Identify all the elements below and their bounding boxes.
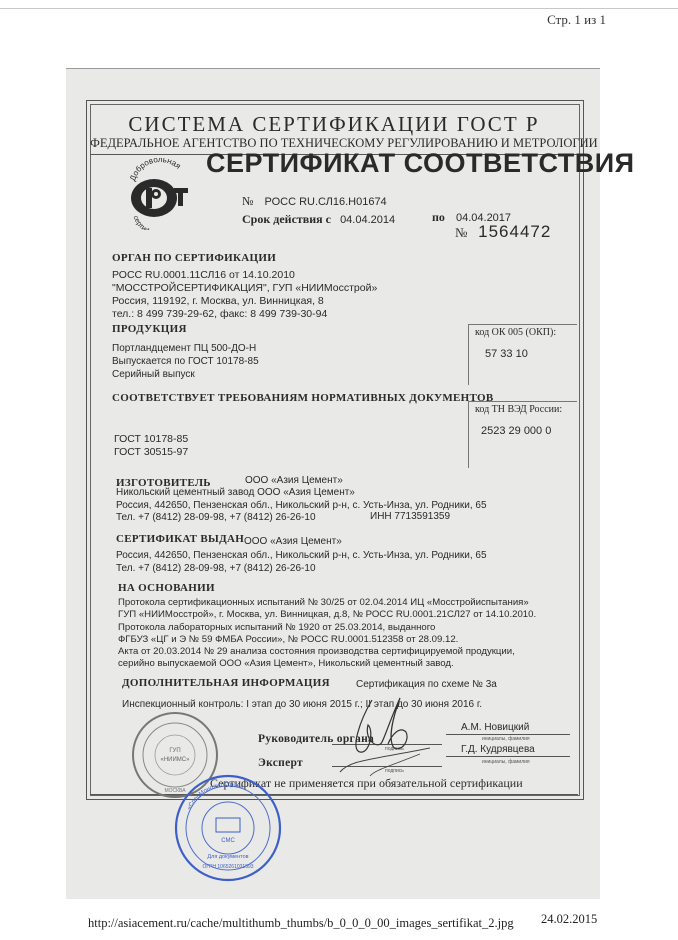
manufacturer-name: ООО «Азия Цемент»	[245, 474, 343, 487]
head-name-line	[446, 734, 570, 735]
cb-line: тел.: 8 499 739-29-62, факс: 8 499 739-3…	[112, 308, 377, 321]
certificate-number: РОСС RU.СЛ16.Н01674	[265, 196, 387, 208]
page-number: Стр. 1 из 1	[547, 12, 606, 28]
additional-info-heading: ДОПОЛНИТЕЛЬНАЯ ИНФОРМАЦИЯ	[122, 677, 330, 689]
basis-line: Протокола сертификационных испытаний № 3…	[118, 597, 536, 609]
validity-label: Срок действия с	[242, 212, 331, 226]
basis-line: Протокола лабораторных испытаний № 1920 …	[118, 622, 536, 634]
basis-line: ФГБУЗ «ЦГ и Э № 59 ФМБА России», № РОСС …	[118, 634, 536, 646]
certification-body-details: РОСС RU.0001.11СЛ16 от 14.10.2010 "МОССТ…	[112, 269, 377, 321]
issued-to-line: Россия, 442650, Пензенская обл., Никольс…	[116, 550, 487, 563]
svg-text:СМС: СМС	[221, 838, 235, 844]
product-line: Выпускается по ГОСТ 10178-85	[112, 355, 259, 368]
basis-heading: НА ОСНОВАНИИ	[118, 582, 215, 594]
standard-item: ГОСТ 10178-85	[114, 433, 188, 446]
cb-line: РОСС RU.0001.11СЛ16 от 14.10.2010	[112, 269, 377, 282]
basis-line: Акта от 20.03.2014 № 29 анализа состояни…	[118, 646, 536, 658]
tnved-label: код ТН ВЭД России:	[469, 402, 577, 415]
print-header-rule	[0, 8, 678, 9]
svg-text:сертификация: сертификация	[131, 215, 172, 230]
number-sign: №	[242, 194, 253, 208]
system-title: СИСТЕМА СЕРТИФИКАЦИИ ГОСТ Р	[90, 112, 578, 137]
manufacturer-line: Никольский цементный завод ООО «Азия Цем…	[116, 487, 487, 500]
head-name-caption: инициалы, фамилия	[482, 736, 530, 742]
expert-label: Эксперт	[258, 757, 303, 769]
certificate-number-row: № РОСС RU.СЛ16.Н01674	[242, 194, 387, 209]
validity-row: Срок действия с 04.04.2014	[242, 212, 395, 227]
source-url: http://asiacement.ru/cache/multithumb_th…	[88, 916, 514, 931]
tnved-code-box: код ТН ВЭД России: 2523 29 000 0	[468, 401, 577, 468]
svg-text:Добровольная: Добровольная	[128, 158, 182, 182]
svg-text:ОГРН 1065261031593: ОГРН 1065261031593	[202, 864, 253, 870]
issued-to-line: Тел. +7 (8412) 28-09-98, +7 (8412) 26-26…	[116, 563, 487, 576]
svg-text:Для документов: Для документов	[207, 854, 248, 860]
handwritten-signature-icon	[330, 690, 440, 780]
blue-round-stamp-icon: «СпецМонолитСтрой» СМС Для документов ОГ…	[172, 772, 284, 884]
blank-number-sign: №	[455, 225, 468, 240]
conformity-heading: СООТВЕТСТВУЕТ ТРЕБОВАНИЯМ НОРМАТИВНЫХ ДО…	[112, 392, 494, 404]
certification-body-heading: ОРГАН ПО СЕРТИФИКАЦИИ	[112, 252, 276, 264]
product-line: Портландцемент ПЦ 500-ДО-Н	[112, 342, 259, 355]
head-name: А.М. Новицкий	[461, 721, 529, 734]
expert-name: Г.Д. Кудрявцева	[461, 743, 535, 756]
cb-line: "МОССТРОЙСЕРТИФИКАЦИЯ", ГУП «НИИМосстрой…	[112, 282, 377, 295]
svg-text:ГУП: ГУП	[169, 748, 180, 754]
svg-text:«НИИМС»: «НИИМС»	[161, 757, 191, 763]
print-date: 24.02.2015	[541, 912, 597, 927]
certificate-title: СЕРТИФИКАТ СООТВЕТСТВИЯ	[206, 148, 635, 179]
valid-to-label: по	[432, 210, 445, 224]
basis-line: ГУП «НИИМосстрой», г. Москва, ул. Винниц…	[118, 609, 536, 621]
product-heading: ПРОДУКЦИЯ	[112, 323, 187, 335]
tnved-value: 2523 29 000 0	[469, 415, 577, 437]
issued-to-name: ООО «Азия Цемент»	[244, 535, 342, 548]
issued-to-heading: СЕРТИФИКАТ ВЫДАН	[116, 533, 244, 545]
basis-details: Протокола сертификационных испытаний № 3…	[118, 597, 536, 671]
okp-label: код ОК 005 (ОКП):	[469, 325, 577, 338]
cb-line: Россия, 119192, г. Москва, ул. Винницкая…	[112, 295, 377, 308]
manufacturer-inn: ИНН 7713591359	[370, 510, 450, 523]
blank-number: 1564472	[478, 222, 551, 241]
blank-number-row: № 1564472	[455, 222, 551, 242]
standard-item: ГОСТ 30515-97	[114, 446, 188, 459]
issued-to-details: Россия, 442650, Пензенская обл., Никольс…	[116, 550, 487, 575]
standards-list: ГОСТ 10178-85 ГОСТ 30515-97	[114, 433, 188, 459]
expert-name-line	[446, 756, 570, 757]
okp-code-box: код ОК 005 (ОКП): 57 33 10	[468, 324, 577, 385]
expert-name-caption: инициалы, фамилия	[482, 759, 530, 765]
product-details: Портландцемент ПЦ 500-ДО-Н Выпускается п…	[112, 342, 259, 381]
rst-logo-icon: Добровольная сертификация	[124, 158, 196, 230]
valid-from: 04.04.2014	[340, 214, 395, 226]
product-line: Серийный выпуск	[112, 368, 259, 381]
okp-value: 57 33 10	[469, 338, 577, 360]
basis-line: серийно выпускаемой ООО «Азия Цемент», Н…	[118, 658, 536, 670]
